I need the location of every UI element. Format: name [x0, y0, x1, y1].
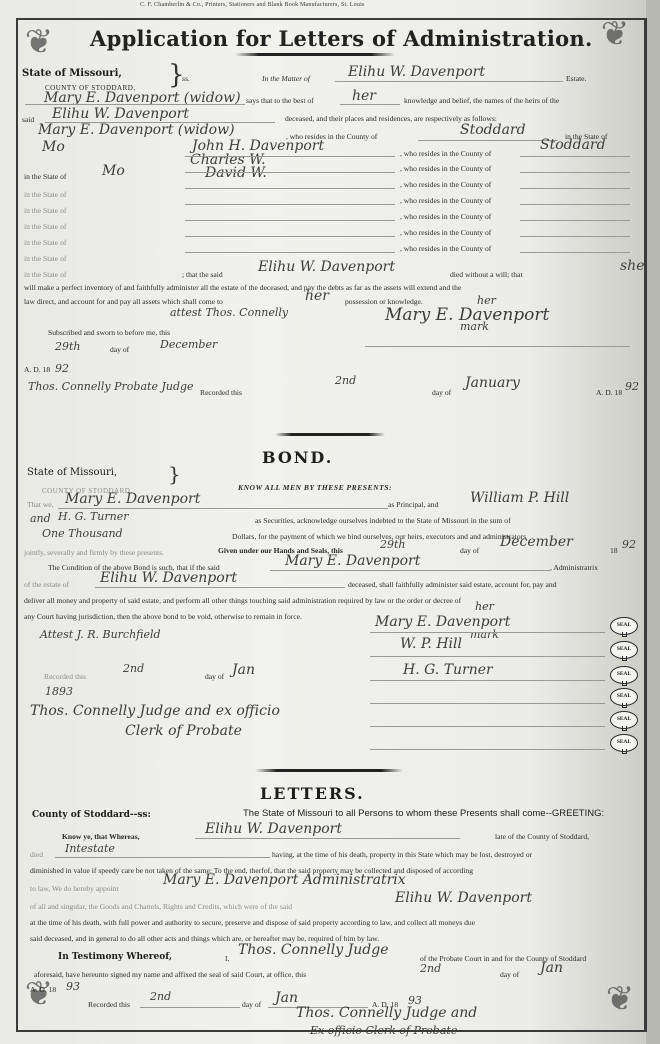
possession-pronoun: her — [305, 288, 329, 304]
seal-icon: SEAL — [610, 641, 638, 659]
in-state-of-label: in the State of — [24, 254, 66, 263]
given-day: 29th — [380, 538, 406, 551]
letters-deceased-name: Elihu W. Davenport — [205, 821, 342, 837]
court-text: any Court having jurisdiction, then the … — [24, 612, 302, 621]
in-state-of-label: in the State of — [24, 172, 66, 181]
says-text: says that to the best of — [246, 96, 314, 105]
jointly-text: jointly, severally and firmly by these p… — [24, 548, 164, 557]
final-signature-line-1: Thos. Connelly Judge and — [296, 1005, 477, 1021]
that-said-text: ; that the said — [182, 270, 223, 279]
intestate-field: Intestate — [65, 842, 115, 855]
subscribed-text: Subscribed and sworn to before me, this — [48, 328, 170, 337]
testimony-day: 2nd — [420, 962, 441, 975]
day-of-label: day of — [460, 546, 479, 555]
principal-name: Mary E. Davenport — [65, 491, 200, 507]
page-edge — [646, 0, 660, 1044]
resides-text: , who resides in the County of — [400, 244, 491, 253]
final-signature-line-2: Ex officio Clerk of Probate — [310, 1024, 457, 1037]
died-text: died without a will; that — [450, 270, 523, 279]
year-prefix: 18 — [610, 546, 618, 555]
clerk-signature-line-2: Clerk of Probate — [125, 723, 242, 739]
and-label: and — [30, 512, 51, 525]
late-of-text: late of the County of Stoddard, — [495, 832, 589, 841]
heir-county-1: Stoddard — [460, 122, 526, 138]
judge-signature: Thos. Connelly Probate Judge — [28, 380, 194, 393]
greeting-text: The State of Missouri to all Persons to … — [243, 808, 604, 819]
in-state-of-label: in the State of — [24, 238, 66, 247]
letters-county-label: County of Stoddard--ss: — [32, 810, 151, 820]
died-label: died — [30, 850, 43, 859]
surety-2-name: H. G. Turner — [58, 510, 129, 523]
heir-state-1: Mo — [42, 139, 65, 155]
appoint-text: to law, We do hereby appoint — [30, 884, 119, 893]
know-all-heading: KNOW ALL MEN BY THESE PRESENTS: — [238, 483, 392, 492]
bond-signature-3: H. G. Turner — [403, 662, 493, 678]
heir-name-1: Mary E. Davenport (widow) — [38, 122, 235, 138]
recorded-year: 92 — [625, 380, 639, 393]
died-pronoun: she — [620, 258, 645, 274]
in-state-of-label: in the State of — [24, 206, 66, 215]
bond-deceased-text: deceased, shall faithfully administer sa… — [348, 580, 556, 589]
given-month: December — [500, 534, 573, 550]
day-of-label: day of — [205, 672, 224, 681]
of-all-name: Elihu W. Davenport — [395, 890, 532, 906]
of-estate-label: of the estate of — [24, 580, 69, 589]
sworn-year: 92 — [55, 362, 69, 375]
seal-icon: SEAL — [610, 688, 638, 706]
of-all-text: of all and singular, the Goods and Chatt… — [30, 902, 292, 911]
aforesaid-text: aforesaid, have hereunto signed my name … — [34, 970, 306, 979]
testimony-judge-name: Thos. Connelly Judge — [238, 942, 388, 958]
seal-icon: SEAL — [610, 666, 638, 684]
recorded-day: 2nd — [335, 374, 356, 387]
resides-text: , who resides in the County of — [400, 196, 491, 205]
pronoun-field: her — [352, 88, 376, 104]
heir-county-2: Stoddard — [540, 137, 606, 153]
mark-label: mark — [460, 320, 489, 333]
attest-signature: attest Thos. Connelly — [170, 306, 288, 319]
testimony-label: In Testimony Whereof, — [58, 952, 172, 962]
day-of-label: day of — [432, 388, 451, 397]
estate-label: Estate. — [566, 74, 586, 83]
bond-sum: One Thousand — [42, 527, 123, 540]
mark-her: her — [475, 600, 494, 613]
administratrix-name: Mary E. Davenport — [285, 553, 420, 569]
recorded-label: Recorded this — [200, 388, 242, 397]
bond-title: BOND. — [262, 448, 333, 467]
ss-label: ss. — [182, 74, 190, 83]
matter-name: Elihu W. Davenport — [348, 64, 485, 80]
testimony-i: I, — [225, 954, 229, 963]
died-name: Elihu W. Davenport — [258, 259, 395, 275]
bond-attest-signature: Attest J. R. Burchfield — [40, 628, 161, 641]
bond-recorded-month: Jan — [232, 662, 255, 678]
administrator-label: , Administratrix — [550, 563, 598, 572]
corner-ornament-top-left-icon: ❦ — [14, 18, 64, 68]
bond-recorded-label: Recorded this — [44, 672, 86, 681]
clerk-signature-line-1: Thos. Connelly Judge and ex officio — [30, 703, 280, 719]
application-state-label: State of Missouri, — [22, 68, 122, 79]
time-text: at the time of his death, with full powe… — [30, 918, 475, 927]
said-label: said — [22, 115, 34, 124]
resides-text: , who resides in the County of — [400, 212, 491, 221]
seal-icon: SEAL — [610, 711, 638, 729]
knowledge-text: knowledge and belief, the names of the h… — [404, 96, 559, 105]
having-text: having, at the time of his death, proper… — [272, 850, 532, 859]
surety-1-name: William P. Hill — [470, 490, 569, 506]
letters-recorded-label: Recorded this — [88, 1000, 130, 1009]
day-of-label: day of — [110, 345, 129, 354]
corner-ornament-bottom-right-icon: ❦ — [595, 975, 645, 1025]
appointee-name: Mary E. Davenport Administratrix — [163, 872, 406, 888]
corner-ornament-top-right-icon: ❦ — [590, 10, 640, 60]
document-sheet: C. F. Chamberlin & Co., Printers, Statio… — [0, 0, 660, 1044]
bond-recorded-day: 2nd — [123, 662, 144, 675]
ad-label: A. D. 18 — [596, 388, 622, 397]
resides-text: , who resides in the County of — [400, 164, 491, 173]
day-of-label: day of — [242, 1000, 261, 1009]
deceased-name: Elihu W. Davenport — [52, 106, 189, 122]
title-rule — [235, 53, 395, 56]
in-state-of-label: in the State of — [24, 222, 66, 231]
testimony-year: 93 — [66, 980, 80, 993]
in-state-of-label: in the State of — [24, 190, 66, 199]
in-state-of-label: in the State of — [24, 270, 66, 279]
ad-label: A. D. 18 — [24, 365, 50, 374]
as-principal-text: as Principal, and — [388, 500, 438, 509]
securities-text: as Securities, acknowledge ourselves ind… — [255, 516, 511, 525]
bond-signature-2: W. P. Hill — [400, 636, 462, 652]
letters-rule — [255, 769, 403, 772]
seal-icon: SEAL — [610, 734, 638, 752]
resides-text: , who resides in the County of — [400, 149, 491, 158]
letters-title: LETTERS. — [260, 784, 365, 803]
resides-text: , who resides in the County of — [400, 180, 491, 189]
seal-icon: SEAL — [610, 617, 638, 635]
testimony-month: Jan — [540, 960, 563, 976]
printer-imprint: C. F. Chamberlin & Co., Printers, Statio… — [140, 2, 364, 8]
that-we-label: That we, — [27, 500, 54, 509]
matter-label: In the Matter of — [262, 74, 310, 83]
bond-state-label: State of Missouri, — [27, 467, 117, 478]
sworn-month: December — [160, 338, 217, 351]
heir-state-4: Mo — [102, 163, 125, 179]
bond-recorded-year: 1893 — [45, 685, 73, 698]
deliver-text: deliver all money and property of said e… — [24, 596, 461, 605]
bond-estate-name: Elihu W. Davenport — [100, 570, 237, 586]
resides-text: , who resides in the County of — [400, 228, 491, 237]
law-text: law direct, and account for and pay all … — [24, 297, 223, 306]
heir-name-4: David W. — [205, 165, 267, 181]
application-title: Application for Letters of Administratio… — [90, 26, 593, 51]
inventory-text: will make a perfect inventory of and fai… — [24, 283, 461, 292]
given-year: 92 — [622, 538, 636, 551]
recorded-month: January — [465, 375, 520, 391]
bond-rule — [275, 433, 385, 436]
ad-label: A. D. 18 — [30, 985, 56, 994]
day-of-label: day of — [500, 970, 519, 979]
sworn-day: 29th — [55, 340, 81, 353]
mark-label: mark — [470, 628, 499, 641]
know-ye-text: Know ye, that Whereas, — [62, 832, 140, 841]
letters-recorded-month: Jan — [275, 990, 298, 1006]
letters-recorded-day: 2nd — [150, 990, 171, 1003]
brace-icon: } — [168, 462, 181, 486]
